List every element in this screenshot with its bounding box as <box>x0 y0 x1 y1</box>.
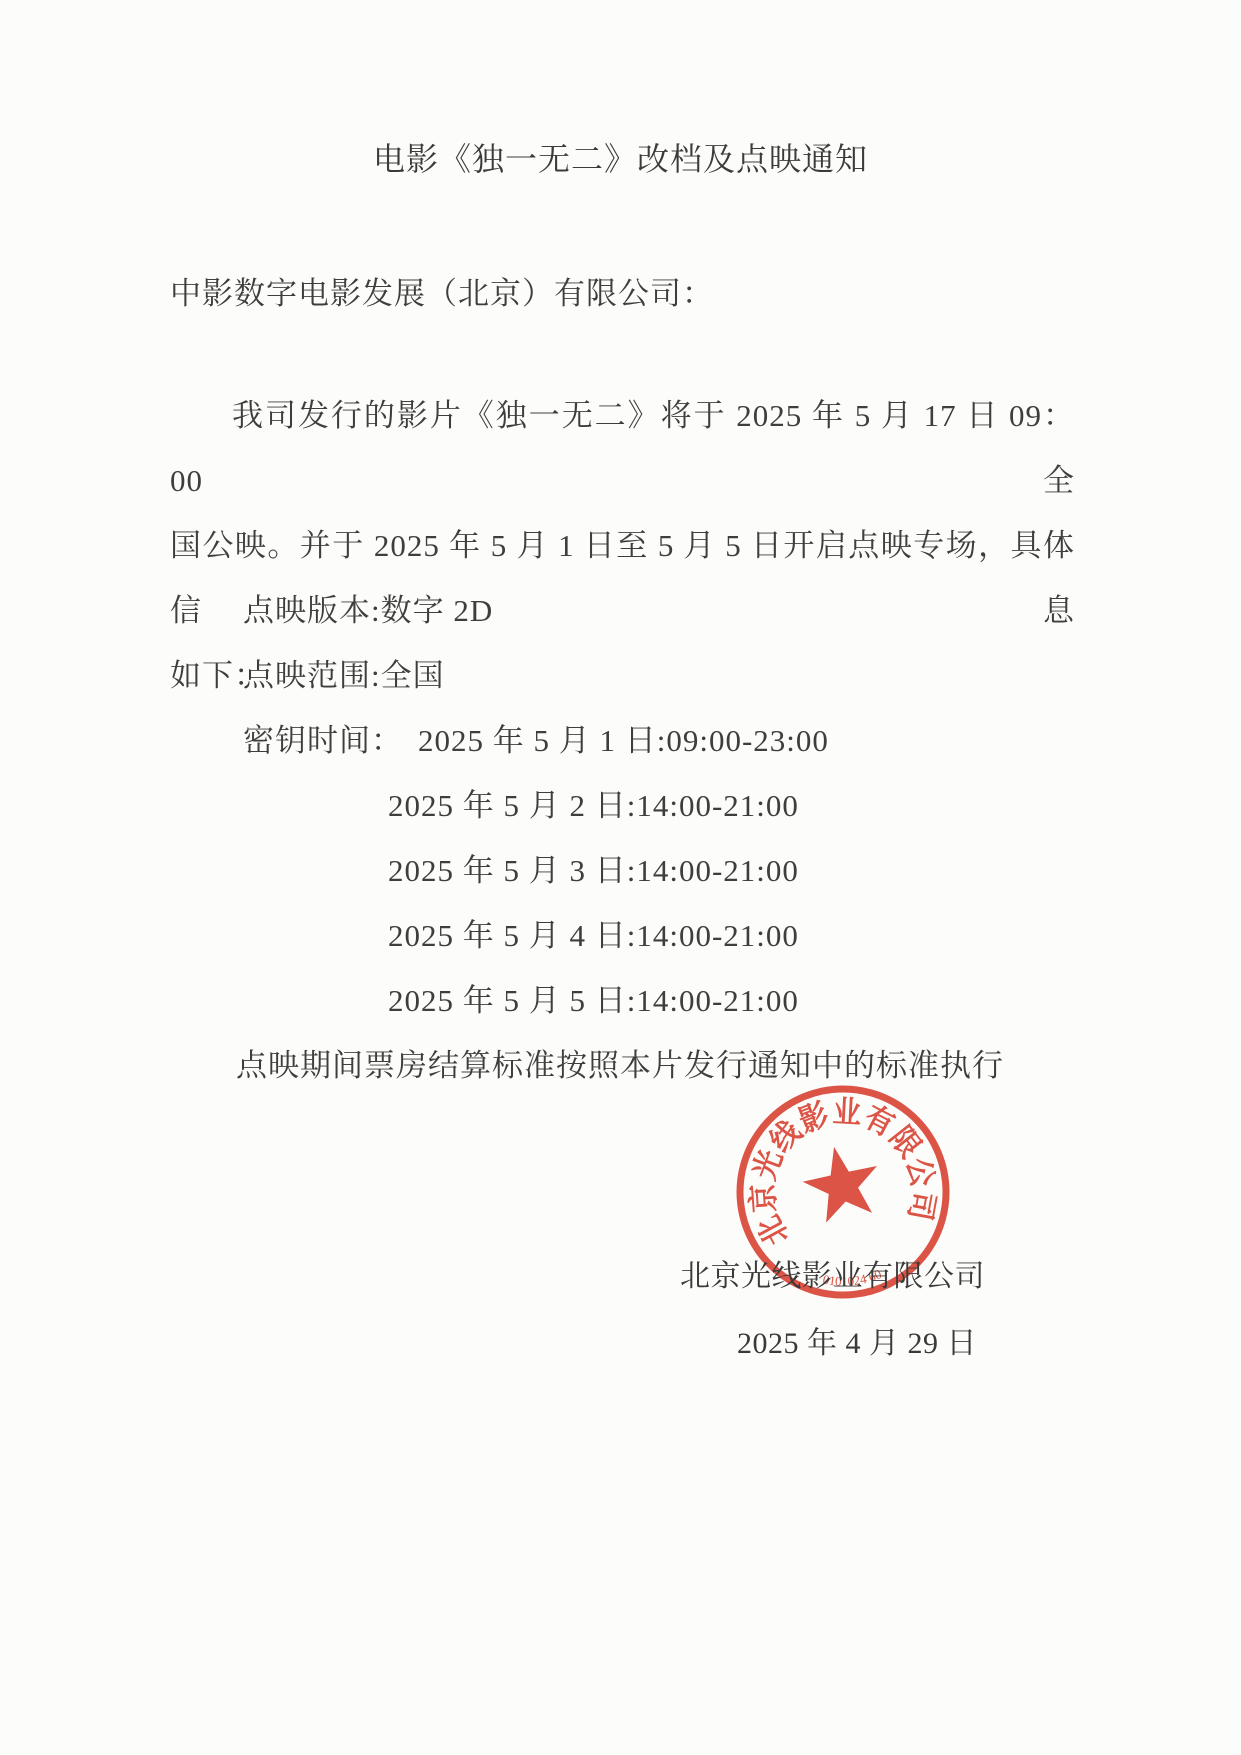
scanned-document-page: 电影《独一无二》改档及点映通知 中影数字电影发展（北京）有限公司： 我司发行的影… <box>0 0 1241 1755</box>
version-value: 数字 2D <box>381 593 494 628</box>
key-time-row: 2025 年 5 月 4 日:14:00-21:00 <box>170 903 1075 968</box>
detail-scope: 点映范围:全国 <box>170 643 1075 708</box>
signature-company: 北京光线影业有限公司 <box>680 1251 985 1295</box>
version-label: 点映版本: <box>243 593 381 628</box>
scope-value: 全国 <box>381 658 445 693</box>
star-icon <box>797 1139 886 1226</box>
screening-details: 点映版本:数字 2D 点映范围:全国 密钥时间：2025 年 5 月 1 日:0… <box>170 578 1075 1098</box>
key-time-row: 2025 年 5 月 5 日:14:00-21:00 <box>170 968 1075 1033</box>
scope-label: 点映范围: <box>243 658 381 693</box>
key-time-row: 2025 年 5 月 2 日:14:00-21:00 <box>170 773 1075 838</box>
key-time-label: 密钥时间： <box>243 723 403 758</box>
key-time-value: 2025 年 5 月 1 日:09:00-23:00 <box>418 723 829 758</box>
paragraph-line: 我司发行的影片《独一无二》将于 2025 年 5 月 17 日 09：00 全 <box>170 383 1075 513</box>
key-time-row: 2025 年 5 月 3 日:14:00-21:00 <box>170 838 1075 903</box>
document-title: 电影《独一无二》改档及点映通知 <box>0 134 1241 180</box>
key-time-row: 密钥时间：2025 年 5 月 1 日:09:00-23:00 <box>170 708 1075 773</box>
addressee-line: 中影数字电影发展（北京）有限公司： <box>170 268 714 313</box>
signature-date: 2025 年 4 月 29 日 <box>737 1318 977 1362</box>
detail-version: 点映版本:数字 2D <box>170 578 1075 643</box>
